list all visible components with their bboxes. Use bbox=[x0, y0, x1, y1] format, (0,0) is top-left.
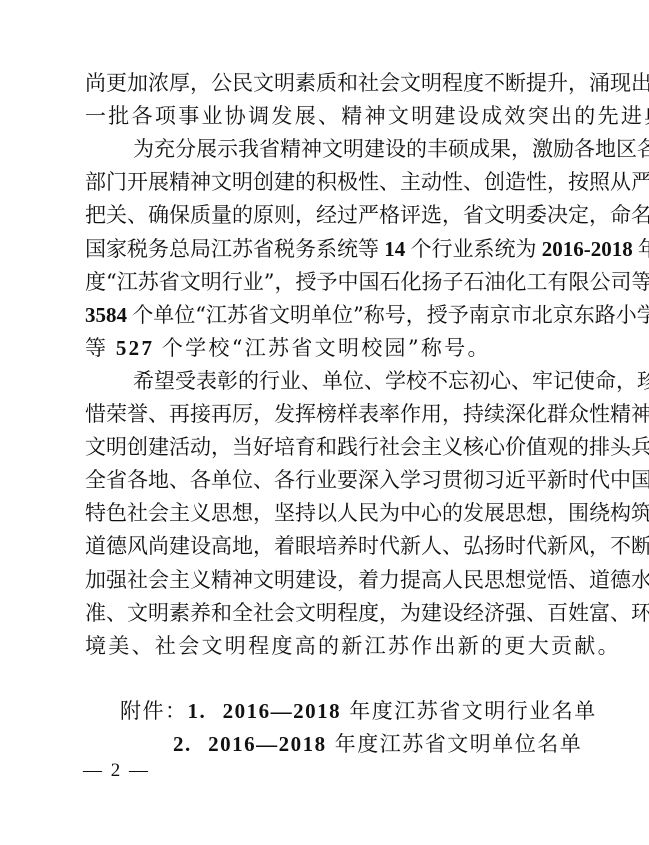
text-segment: 准、文明素养和全社会文明程度，为建设经济强、百姓富、环 bbox=[85, 601, 649, 625]
text-segment: 把关、确保质量的原则，经过严格评选，省文明委决定，命名 bbox=[85, 203, 649, 227]
text-line: 3584 个单位“江苏省文明单位”称号，授予南京市北京东路小学 bbox=[85, 300, 563, 330]
attachment-item-2: 2. 2016—2018 年度江苏省文明单位名单 bbox=[173, 729, 582, 759]
text-line: 一批各项事业协调发展、精神文明建设成效突出的先进典型。 bbox=[85, 101, 563, 131]
text-line: 文明创建活动，当好培育和践行社会主义核心价值观的排头兵。 bbox=[85, 432, 563, 462]
bold-number: 527 bbox=[108, 336, 162, 360]
text-line: 尚更加浓厚，公民文明素质和社会文明程度不断提升，涌现出 bbox=[85, 68, 563, 98]
attachment-item-1: 附件：1. 2016—2018 年度江苏省文明行业名单 bbox=[120, 696, 597, 726]
text-line: 等 527 个学校“江苏省文明校园”称号。 bbox=[85, 333, 563, 363]
text-segment: 惜荣誉、再接再厉，发挥榜样表率作用，持续深化群众性精神 bbox=[85, 402, 649, 426]
attachment-title: 年度江苏省文明单位名单 bbox=[335, 732, 583, 756]
attachment-number: 2. bbox=[173, 732, 192, 756]
text-segment: 一批各项事业协调发展、精神文明建设成效突出的先进典型。 bbox=[85, 104, 649, 128]
text-segment: 道德风尚建设高地，着眼培养时代新人、弘扬时代新风，不断 bbox=[85, 534, 649, 558]
document-page: 尚更加浓厚，公民文明素质和社会文明程度不断提升，涌现出一批各项事业协调发展、精神… bbox=[0, 0, 649, 845]
text-line: 为充分展示我省精神文明建设的丰硕成果，激励各地区各 bbox=[133, 134, 563, 164]
text-segment: 境美、社会文明程度高的新江苏作出新的更大贡献。 bbox=[85, 634, 621, 658]
attachments-label: 附件： bbox=[120, 699, 188, 723]
text-segment: 全省各地、各单位、各行业要深入学习贯彻习近平新时代中国 bbox=[85, 468, 649, 492]
text-line: 希望受表彰的行业、单位、学校不忘初心、牢记使命，珍 bbox=[133, 366, 563, 396]
text-line: 惜荣誉、再接再厉，发挥榜样表率作用，持续深化群众性精神 bbox=[85, 399, 563, 429]
bold-number: 3584 bbox=[85, 303, 132, 327]
text-segment: 文明创建活动，当好培育和践行社会主义核心价值观的排头兵。 bbox=[85, 435, 649, 459]
text-line: 度“江苏省文明行业”，授予中国石化扬子石油化工有限公司等 bbox=[85, 267, 563, 297]
text-line: 把关、确保质量的原则，经过严格评选，省文明委决定，命名 bbox=[85, 200, 563, 230]
text-line: 道德风尚建设高地，着眼培养时代新人、弘扬时代新风，不断 bbox=[85, 531, 563, 561]
text-segment: 国家税务总局江苏省税务系统等 bbox=[85, 237, 379, 261]
text-line: 部门开展精神文明创建的积极性、主动性、创造性，按照从严 bbox=[85, 167, 563, 197]
text-line: 特色社会主义思想，坚持以人民为中心的发展思想，围绕构筑 bbox=[85, 498, 563, 528]
text-segment: 为充分展示我省精神文明建设的丰硕成果，激励各地区各 bbox=[133, 137, 649, 161]
page-number: — 2 — bbox=[83, 758, 150, 784]
text-segment: 个行业系统为 bbox=[411, 237, 537, 261]
attachment-years: 2016—2018 bbox=[208, 732, 327, 756]
bold-number: 2016-2018 bbox=[537, 237, 639, 261]
text-segment: 年 bbox=[638, 237, 649, 261]
text-line: 全省各地、各单位、各行业要深入学习贯彻习近平新时代中国 bbox=[85, 465, 563, 495]
text-line: 加强社会主义精神文明建设，着力提高人民思想觉悟、道德水 bbox=[85, 565, 563, 595]
text-segment: 个单位“江苏省文明单位”称号，授予南京市北京东路小学 bbox=[132, 303, 649, 327]
text-segment: 加强社会主义精神文明建设，着力提高人民思想觉悟、道德水 bbox=[85, 568, 649, 592]
text-segment: 特色社会主义思想，坚持以人民为中心的发展思想，围绕构筑 bbox=[85, 501, 649, 525]
text-segment: 希望受表彰的行业、单位、学校不忘初心、牢记使命，珍 bbox=[133, 369, 649, 393]
text-line: 境美、社会文明程度高的新江苏作出新的更大贡献。 bbox=[85, 631, 563, 661]
attachment-years: 2016—2018 bbox=[223, 699, 342, 723]
text-segment: 部门开展精神文明创建的积极性、主动性、创造性，按照从严 bbox=[85, 170, 649, 194]
text-segment: 尚更加浓厚，公民文明素质和社会文明程度不断提升，涌现出 bbox=[85, 71, 649, 95]
text-segment: 个学校“江苏省文明校园”称号。 bbox=[162, 336, 491, 360]
attachment-title: 年度江苏省文明行业名单 bbox=[349, 699, 597, 723]
text-segment: 等 bbox=[85, 336, 108, 360]
text-line: 国家税务总局江苏省税务系统等 14 个行业系统为 2016-2018 年 bbox=[85, 234, 563, 264]
attachment-number: 1. bbox=[188, 699, 207, 723]
text-segment: 度“江苏省文明行业”，授予中国石化扬子石油化工有限公司等 bbox=[85, 270, 649, 294]
text-line: 准、文明素养和全社会文明程度，为建设经济强、百姓富、环 bbox=[85, 598, 563, 628]
bold-number: 14 bbox=[379, 237, 411, 261]
